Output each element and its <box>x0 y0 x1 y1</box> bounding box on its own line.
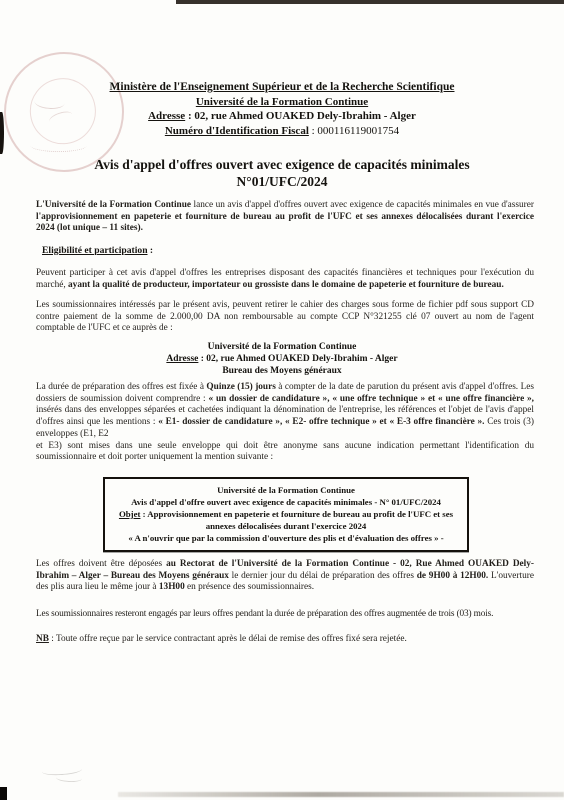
text-segment: L'Université de la Formation Continue <box>36 200 191 210</box>
scan-artifact-top-bar <box>176 0 564 4</box>
text-segment: le dernier jour du délai de préparation … <box>229 571 417 581</box>
deposit-address-label: Adresse <box>166 354 198 364</box>
fiscal-id-value: : 000116119001754 <box>309 125 399 137</box>
cahier-retrait-paragraph: Les soumissionnaires intéressés par le p… <box>36 300 534 335</box>
eligibility-paragraph: Peuvent participer à cet avis d'appel d'… <box>36 268 534 291</box>
text-segment: en présence des soumissionnaires. <box>185 582 314 592</box>
text-segment: de 9H00 à 12H00. <box>417 571 489 581</box>
address-label: Adresse <box>148 110 185 122</box>
submission-paragraph: Les offres doivent être déposées au Rect… <box>36 559 534 594</box>
envelope-objet-line: Objet : Approvisionnement en papeterie e… <box>113 508 459 532</box>
preparation-paragraph: La durée de préparation des offres est f… <box>36 382 534 464</box>
text-segment: 13H00 <box>159 582 185 592</box>
envelope-university: Université de la Formation Continue <box>113 484 459 496</box>
university-name: Université de la Formation Continue <box>0 95 564 110</box>
envelope-objet-label: Objet <box>119 509 141 519</box>
ministry-name: Ministère de l'Enseignement Supérieur et… <box>0 80 564 95</box>
engagement-paragraph: Les soumissionnaires resteront engagés p… <box>36 609 534 621</box>
text-segment: : Toute offre reçue par le service contr… <box>49 634 407 644</box>
stamp-ink-mark <box>31 139 87 152</box>
scan-artifact-bottom-corner <box>0 787 7 800</box>
notice-title-line1: Avis d'appel d'offres ouvert avec exigen… <box>0 156 564 173</box>
eligibility-heading-text: Eligibilité et participation <box>42 245 148 256</box>
envelope-mention-box: Université de la Formation Continue Avis… <box>103 477 469 552</box>
deposit-address-line: Adresse : 02, rue Ahmed OUAKED Dely-Ibra… <box>0 353 564 365</box>
text-segment: ayant la qualité de producteur, importat… <box>68 280 504 290</box>
eligibility-heading-colon: : <box>148 245 154 256</box>
eligibility-heading: Eligibilité et participation : <box>42 245 153 256</box>
text-segment: l'approvisionnement en papeterie et four… <box>36 212 534 234</box>
text-segment: « E1- dossier de candidature », « E2- of… <box>158 417 484 427</box>
fiscal-id-line: Numéro d'Identification Fiscal : 0001161… <box>0 124 564 139</box>
fiscal-id-label: Numéro d'Identification Fiscal <box>165 125 309 137</box>
document-header: Ministère de l'Enseignement Supérieur et… <box>0 80 564 138</box>
pencil-scribble <box>38 764 96 784</box>
deposit-office: Bureau des Moyens généraux <box>0 365 564 377</box>
text-segment: Quinze (15) jours <box>206 382 275 392</box>
envelope-notice-line: Avis d'appel d'offre ouvert avec exigenc… <box>113 496 459 508</box>
envelope-warning-line: « A n'ouvrir que par la commission d'ouv… <box>113 532 459 544</box>
intro-paragraph: L'Université de la Formation Continue la… <box>36 200 534 235</box>
notice-title-number: N°01/UFC/2024 <box>0 173 564 190</box>
deposit-university: Université de la Formation Continue <box>0 341 564 353</box>
text-segment: et E3) sont mises dans une seule envelop… <box>36 441 534 463</box>
envelope-objet-text: : Approvisionnement en papeterie et four… <box>140 509 453 531</box>
text-segment: La durée de préparation des offres est f… <box>36 382 206 392</box>
nb-note: NB : Toute offre reçue par le service co… <box>36 634 534 646</box>
text-segment: « un dossier de candidature », « une off… <box>208 394 534 404</box>
deposit-address-value: : 02, rue Ahmed OUAKED Dely-Ibrahim - Al… <box>198 354 397 364</box>
text-segment: NB <box>36 634 49 644</box>
address-line: Adresse : 02, rue Ahmed OUAKED Dely-Ibra… <box>0 109 564 124</box>
text-segment: Les soumissionnaires intéressés par le p… <box>36 300 534 333</box>
address-value: : 02, rue Ahmed OUAKED Dely-Ibrahim - Al… <box>185 110 416 122</box>
text-segment: Les offres doivent être déposées <box>36 559 166 569</box>
text-segment: lance un avis d'appel d'offres ouvert av… <box>191 200 534 210</box>
deposit-address-block: Université de la Formation Continue Adre… <box>0 341 564 377</box>
document-page: Ministère de l'Enseignement Supérieur et… <box>0 0 564 800</box>
text-segment: Les soumissionnaires resteront engagés p… <box>36 609 493 619</box>
notice-title: Avis d'appel d'offres ouvert avec exigen… <box>0 156 564 190</box>
scan-artifact-bottom-bar <box>118 792 564 797</box>
